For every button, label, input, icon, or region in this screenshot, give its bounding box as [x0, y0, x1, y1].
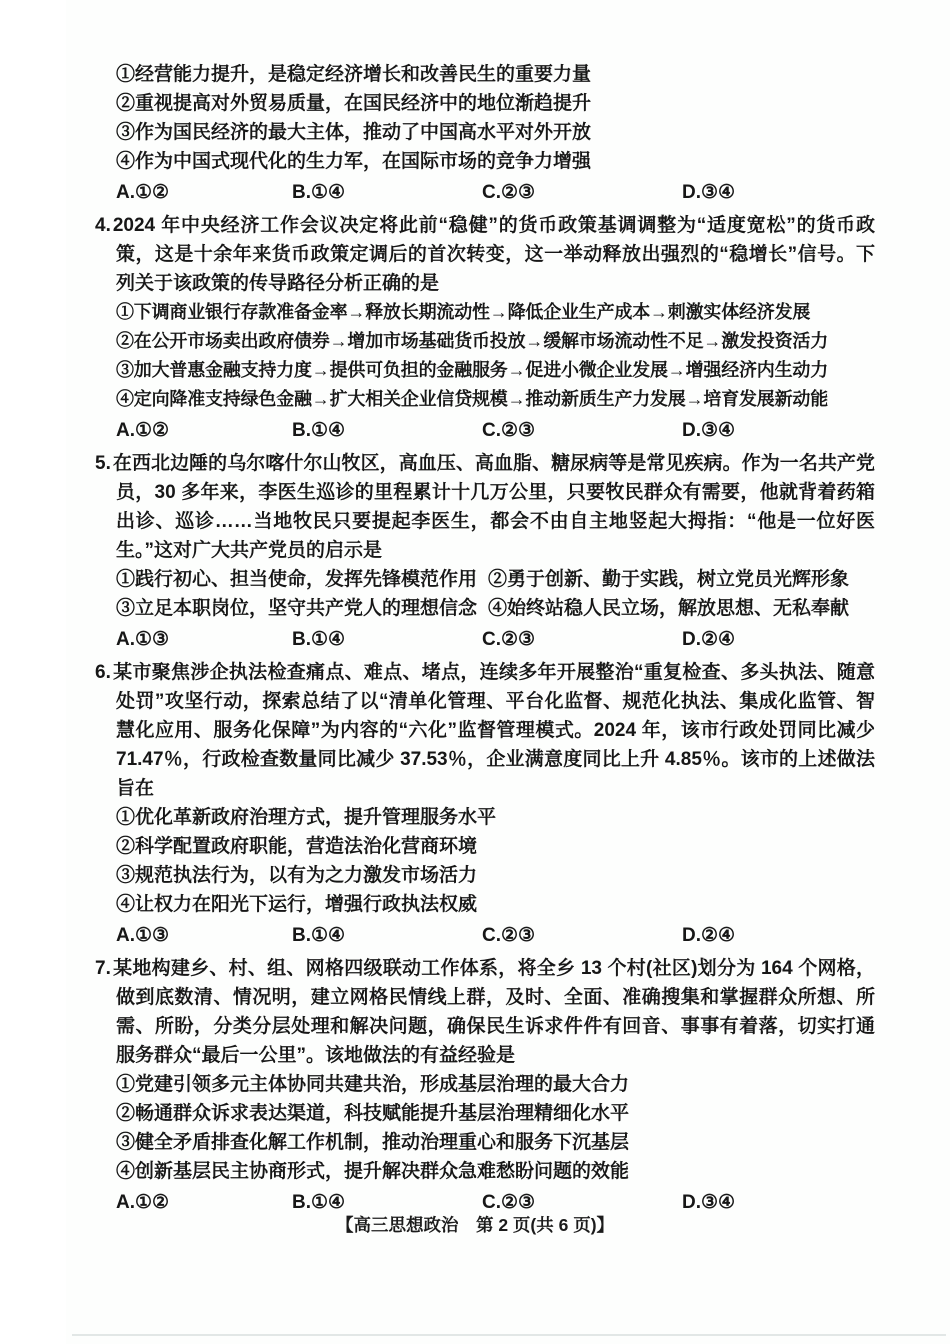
answer-choice-c: C.②③ [482, 921, 682, 950]
question-5: 5.在西北边陲的乌尔喀什尔山牧区，高血压、高血脂、糖尿病等是常见疾病。作为一名共… [95, 449, 875, 654]
question-number: 7. [95, 958, 113, 979]
answer-choice-a: A.①③ [116, 625, 292, 654]
answer-choice-a: A.①② [116, 416, 292, 445]
transmission-path-line: ③加大普惠金融支持力度→提供可负担的金融服务→促进小微企业发展→增强经济内生动力 [95, 356, 875, 385]
question-stem: 5.在西北边陲的乌尔喀什尔山牧区，高血压、高血脂、糖尿病等是常见疾病。作为一名共… [95, 449, 875, 565]
answer-choice-d: D.②④ [682, 921, 875, 950]
statement-line: ④创新基层民主协商形式，提升解决群众急难愁盼问题的效能 [95, 1157, 875, 1186]
answer-row: A.①② B.①④ C.②③ D.③④ [95, 178, 875, 207]
scan-margin-band [0, 0, 66, 1344]
question-stem: 4.2024 年中央经济工作会议决定将此前“稳健”的货币政策基调调整为“适度宽松… [95, 211, 875, 298]
question-stem-text: 某地构建乡、村、组、网格四级联动工作体系，将全乡 13 个村(社区)划分为 16… [113, 958, 875, 1066]
answer-row: A.①② B.①④ C.②③ D.③④ [95, 416, 875, 445]
question-stem: 7.某地构建乡、村、组、网格四级联动工作体系，将全乡 13 个村(社区)划分为 … [95, 954, 875, 1070]
statement-line: ④作为中国式现代化的生力军，在国际市场的竞争力增强 [95, 147, 875, 176]
answer-choice-d: D.②④ [682, 625, 875, 654]
question-6: 6.某市聚焦涉企执法检查痛点、难点、堵点，连续多年开展整治“重复检查、多头执法、… [95, 658, 875, 950]
statement-row: ③立足本职岗位，坚守共产党人的理想信念 ④始终站稳人民立场，解放思想、无私奉献 [95, 594, 875, 623]
answer-choice-c: C.②③ [482, 625, 682, 654]
answer-choice-d: D.③④ [682, 416, 875, 445]
answer-choice-b: B.①④ [292, 178, 482, 207]
question-stem-text: 2024 年中央经济工作会议决定将此前“稳健”的货币政策基调调整为“适度宽松”的… [113, 215, 875, 294]
statement-line: ③立足本职岗位，坚守共产党人的理想信念 [116, 594, 488, 623]
statement-line: ④让权力在阳光下运行，增强行政执法权威 [95, 890, 875, 919]
question-stem-text: 在西北边陲的乌尔喀什尔山牧区，高血压、高血脂、糖尿病等是常见疾病。作为一名共产党… [113, 453, 875, 561]
statement-line: ②科学配置政府职能，营造法治化营商环境 [95, 832, 875, 861]
question-stem-text: 某市聚焦涉企执法检查痛点、难点、堵点，连续多年开展整治“重复检查、多头执法、随意… [113, 662, 875, 799]
answer-choice-a: A.①③ [116, 921, 292, 950]
statement-line: ③作为国民经济的最大主体，推动了中国高水平对外开放 [95, 118, 875, 147]
statement-line: ③规范执法行为，以有为之力激发市场活力 [95, 861, 875, 890]
answer-choice-b: B.①④ [292, 416, 482, 445]
answer-row: A.①③ B.①④ C.②③ D.②④ [95, 625, 875, 654]
statement-line: ②重视提高对外贸易质量，在国民经济中的地位渐趋提升 [95, 89, 875, 118]
statement-line: ②畅通群众诉求表达渠道，科技赋能提升基层治理精细化水平 [95, 1099, 875, 1128]
question-number: 6. [95, 662, 113, 683]
statement-line: ④始终站稳人民立场，解放思想、无私奉献 [488, 594, 875, 623]
answer-choice-b: B.①④ [292, 921, 482, 950]
question-7: 7.某地构建乡、村、组、网格四级联动工作体系，将全乡 13 个村(社区)划分为 … [95, 954, 875, 1217]
transmission-path-line: ①下调商业银行存款准备金率→释放长期流动性→降低企业生产成本→刺激实体经济发展 [95, 298, 875, 327]
scan-artifact-line [72, 1334, 946, 1336]
page-content: ①经营能力提升，是稳定经济增长和改善民生的重要力量 ②重视提高对外贸易质量，在国… [95, 60, 875, 1221]
page-footer: 【高三思想政治 第 2 页(共 6 页)】 [0, 1212, 950, 1238]
statement-line: ②勇于创新、勤于实践，树立党员光辉形象 [488, 565, 875, 594]
transmission-path-line: ②在公开市场卖出政府债券→增加市场基础货币投放→缓解市场流动性不足→激发投资活力 [95, 327, 875, 356]
answer-choice-c: C.②③ [482, 416, 682, 445]
answer-choice-d: D.③④ [682, 178, 875, 207]
statement-row: ①践行初心、担当使命，发挥先锋模范作用 ②勇于创新、勤于实践，树立党员光辉形象 [95, 565, 875, 594]
answer-choice-a: A.①② [116, 178, 292, 207]
question-stem: 6.某市聚焦涉企执法检查痛点、难点、堵点，连续多年开展整治“重复检查、多头执法、… [95, 658, 875, 803]
question-number: 5. [95, 453, 113, 474]
statement-line: ①党建引领多元主体协同共建共治，形成基层治理的最大合力 [95, 1070, 875, 1099]
answer-choice-b: B.①④ [292, 625, 482, 654]
answer-choice-c: C.②③ [482, 178, 682, 207]
statement-line: ③健全矛盾排查化解工作机制，推动治理重心和服务下沉基层 [95, 1128, 875, 1157]
transmission-path-line: ④定向降准支持绿色金融→扩大相关企业信贷规模→推动新质生产力发展→培育发展新动能 [95, 385, 875, 414]
answer-row: A.①③ B.①④ C.②③ D.②④ [95, 921, 875, 950]
question-number: 4. [95, 215, 113, 236]
statement-line: ①优化革新政府治理方式，提升管理服务水平 [95, 803, 875, 832]
statement-line: ①经营能力提升，是稳定经济增长和改善民生的重要力量 [95, 60, 875, 89]
question-3-remainder: ①经营能力提升，是稳定经济增长和改善民生的重要力量 ②重视提高对外贸易质量，在国… [95, 60, 875, 207]
statement-line: ①践行初心、担当使命，发挥先锋模范作用 [116, 565, 488, 594]
question-4: 4.2024 年中央经济工作会议决定将此前“稳健”的货币政策基调调整为“适度宽松… [95, 211, 875, 445]
